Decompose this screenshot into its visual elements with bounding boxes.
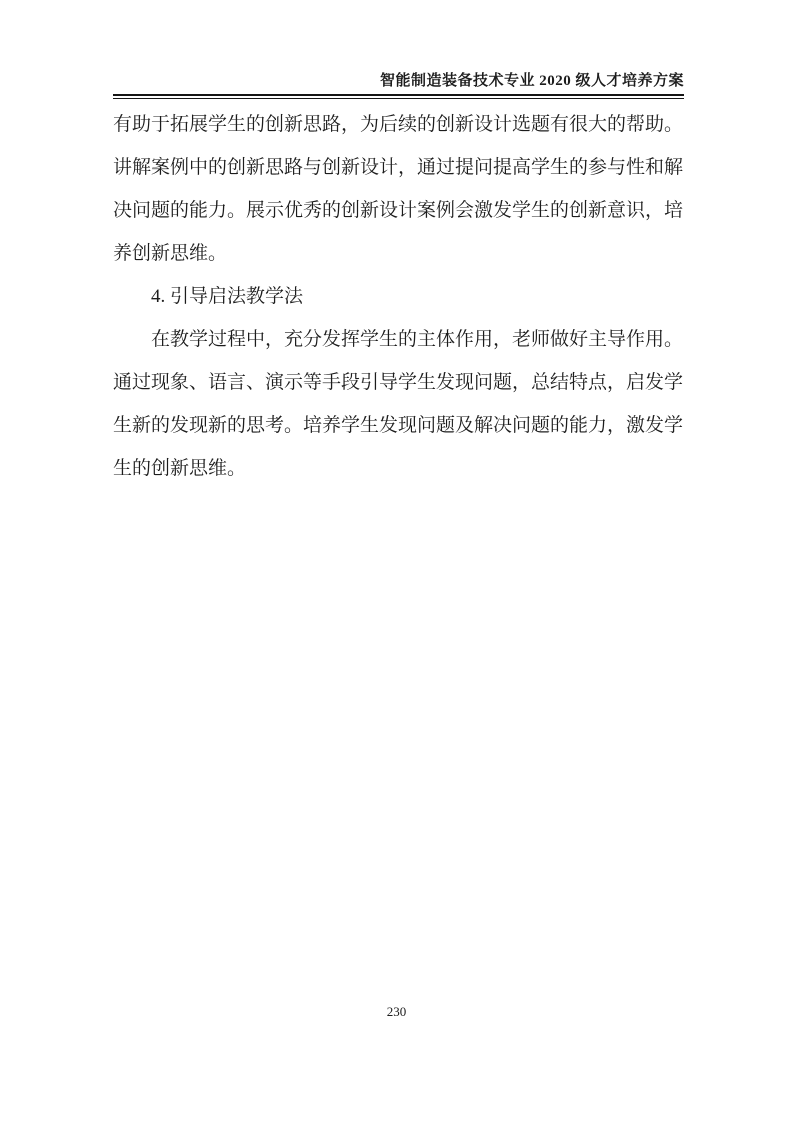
header-title: 智能制造装备技术专业 2020 级人才培养方案 [113, 71, 684, 91]
section-heading: 4. 引导启法教学法 [113, 275, 691, 318]
paragraph-line: 养创新思维。 [113, 232, 691, 275]
document-body: 有助于拓展学生的创新思路，为后续的创新设计选题有很大的帮助。 讲解案例中的创新思… [113, 103, 691, 490]
page-header: 智能制造装备技术专业 2020 级人才培养方案 [113, 71, 684, 99]
document-page: 智能制造装备技术专业 2020 级人才培养方案 有助于拓展学生的创新思路，为后续… [0, 0, 793, 1122]
paragraph-line: 决问题的能力。展示优秀的创新设计案例会激发学生的创新意识，培 [113, 189, 691, 232]
paragraph-line: 生的创新思维。 [113, 447, 691, 490]
header-rule-thin-line [113, 98, 684, 99]
paragraph-line: 有助于拓展学生的创新思路，为后续的创新设计选题有很大的帮助。 [113, 103, 691, 146]
paragraph-line: 通过现象、语言、演示等手段引导学生发现问题，总结特点，启发学 [113, 361, 691, 404]
paragraph-line: 生新的发现新的思考。培养学生发现问题及解决问题的能力，激发学 [113, 404, 691, 447]
paragraph-line: 在教学过程中，充分发挥学生的主体作用，老师做好主导作用。 [113, 318, 691, 361]
page-footer: 230 [0, 1003, 793, 1021]
paragraph-line: 讲解案例中的创新思路与创新设计，通过提问提高学生的参与性和解 [113, 146, 691, 189]
page-number: 230 [387, 1004, 407, 1019]
header-double-rule [113, 94, 684, 99]
